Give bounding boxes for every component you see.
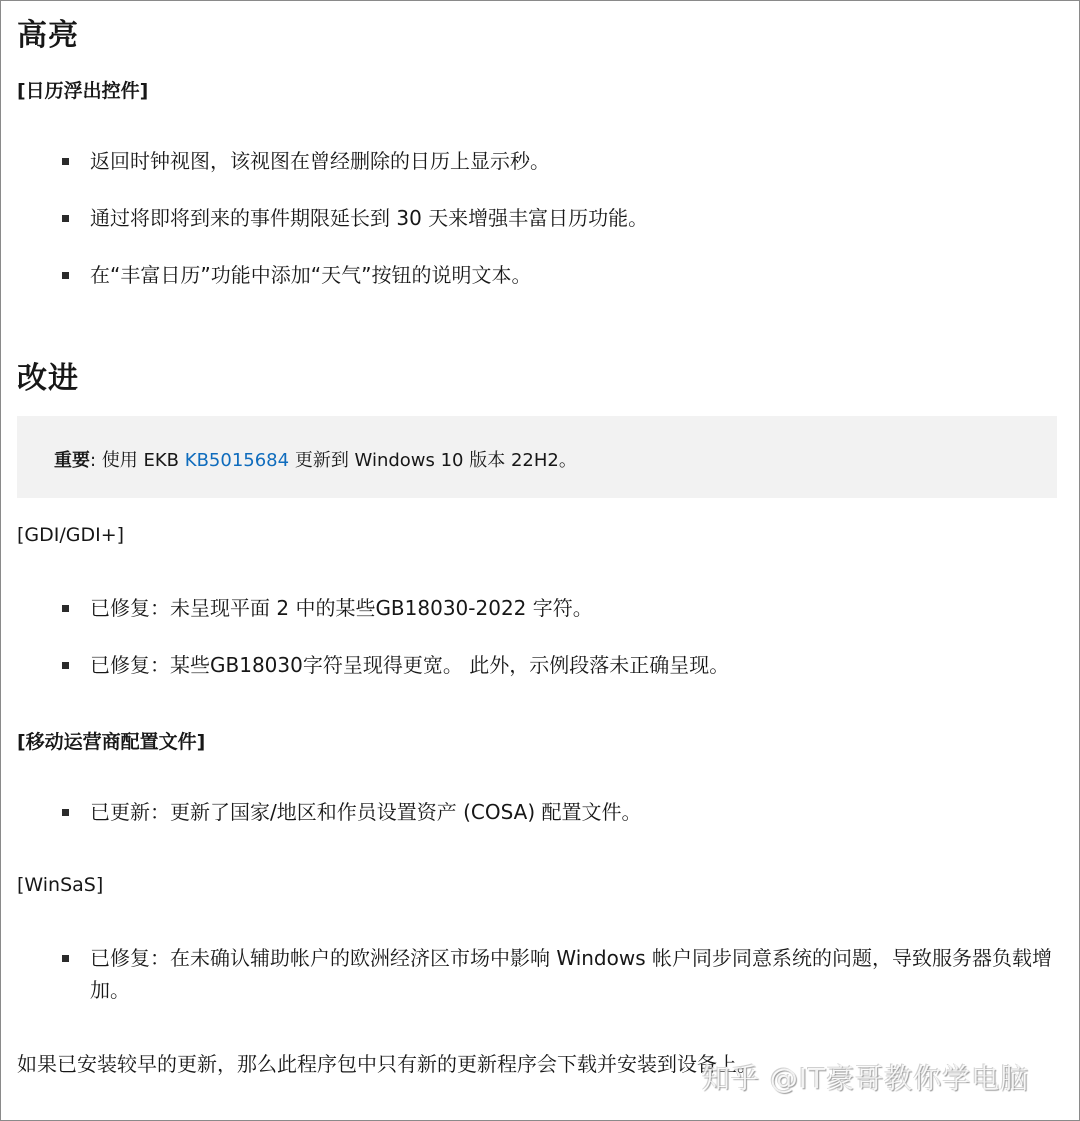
subsection-calendar-flyout: [日历浮出控件] — [17, 76, 148, 103]
list-item: 在“丰富日历”功能中添加“天气”按钮的说明文本。 — [17, 259, 1057, 291]
subsection-gdi: [GDI/GDI+] — [17, 524, 124, 546]
note-prefix: : 使用 EKB — [90, 450, 185, 471]
important-note: 重要: 使用 EKB KB5015684 更新到 Windows 10 版本 2… — [17, 416, 1057, 498]
note-suffix: 更新到 Windows 10 版本 22H2。 — [289, 450, 577, 471]
bullet-icon — [62, 158, 69, 165]
list-item: 已修复：某些GB18030字符呈现得更宽。 此外，示例段落未正确呈现。 — [17, 649, 1057, 681]
watermark: 知乎 @IT豪哥教你学电脑 — [702, 1057, 1029, 1097]
bullet-icon — [62, 809, 69, 816]
note-label: 重要 — [54, 450, 90, 471]
list-item: 已修复：未呈现平面 2 中的某些GB18030-2022 字符。 — [17, 592, 1057, 624]
bullet-icon — [62, 662, 69, 669]
footer-paragraph: 如果已安装较早的更新，那么此程序包中只有新的更新程序会下载并安装到设备上。 — [17, 1048, 757, 1077]
bullet-icon — [62, 955, 69, 962]
section-title-highlights: 高亮 — [17, 10, 79, 54]
list-item: 已修复：在未确认辅助帐户的欧洲经济区市场中影响 Windows 帐户同步同意系统… — [17, 942, 1057, 1006]
winsas-list: 已修复：在未确认辅助帐户的欧洲经济区市场中影响 Windows 帐户同步同意系统… — [17, 942, 1057, 1006]
kb-link[interactable]: KB5015684 — [185, 450, 289, 471]
subsection-winsas: [WinSaS] — [17, 874, 103, 896]
bullet-icon — [62, 272, 69, 279]
mobile-operator-list: 已更新：更新了国家/地区和作员设置资产 (COSA) 配置文件。 — [17, 796, 1057, 828]
highlights-list: 返回时钟视图，该视图在曾经删除的日历上显示秒。 通过将即将到来的事件期限延长到 … — [17, 145, 1057, 291]
gdi-list: 已修复：未呈现平面 2 中的某些GB18030-2022 字符。 已修复：某些G… — [17, 592, 1057, 681]
bullet-icon — [62, 215, 69, 222]
list-item: 返回时钟视图，该视图在曾经删除的日历上显示秒。 — [17, 145, 1057, 177]
section-title-improvements: 改进 — [17, 353, 79, 397]
bullet-icon — [62, 605, 69, 612]
list-item: 通过将即将到来的事件期限延长到 30 天来增强丰富日历功能。 — [17, 202, 1057, 234]
subsection-mobile-operator: [移动运营商配置文件] — [17, 727, 205, 754]
list-item: 已更新：更新了国家/地区和作员设置资产 (COSA) 配置文件。 — [17, 796, 1057, 828]
